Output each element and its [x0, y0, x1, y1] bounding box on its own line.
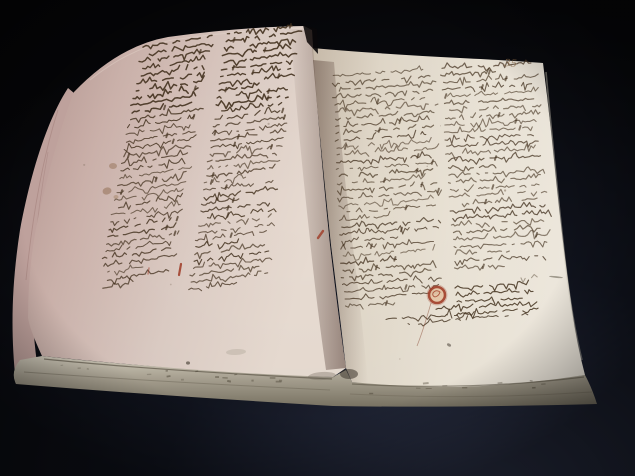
- manuscript-photo: 35: [0, 0, 635, 476]
- vignette-overlay: [0, 0, 635, 476]
